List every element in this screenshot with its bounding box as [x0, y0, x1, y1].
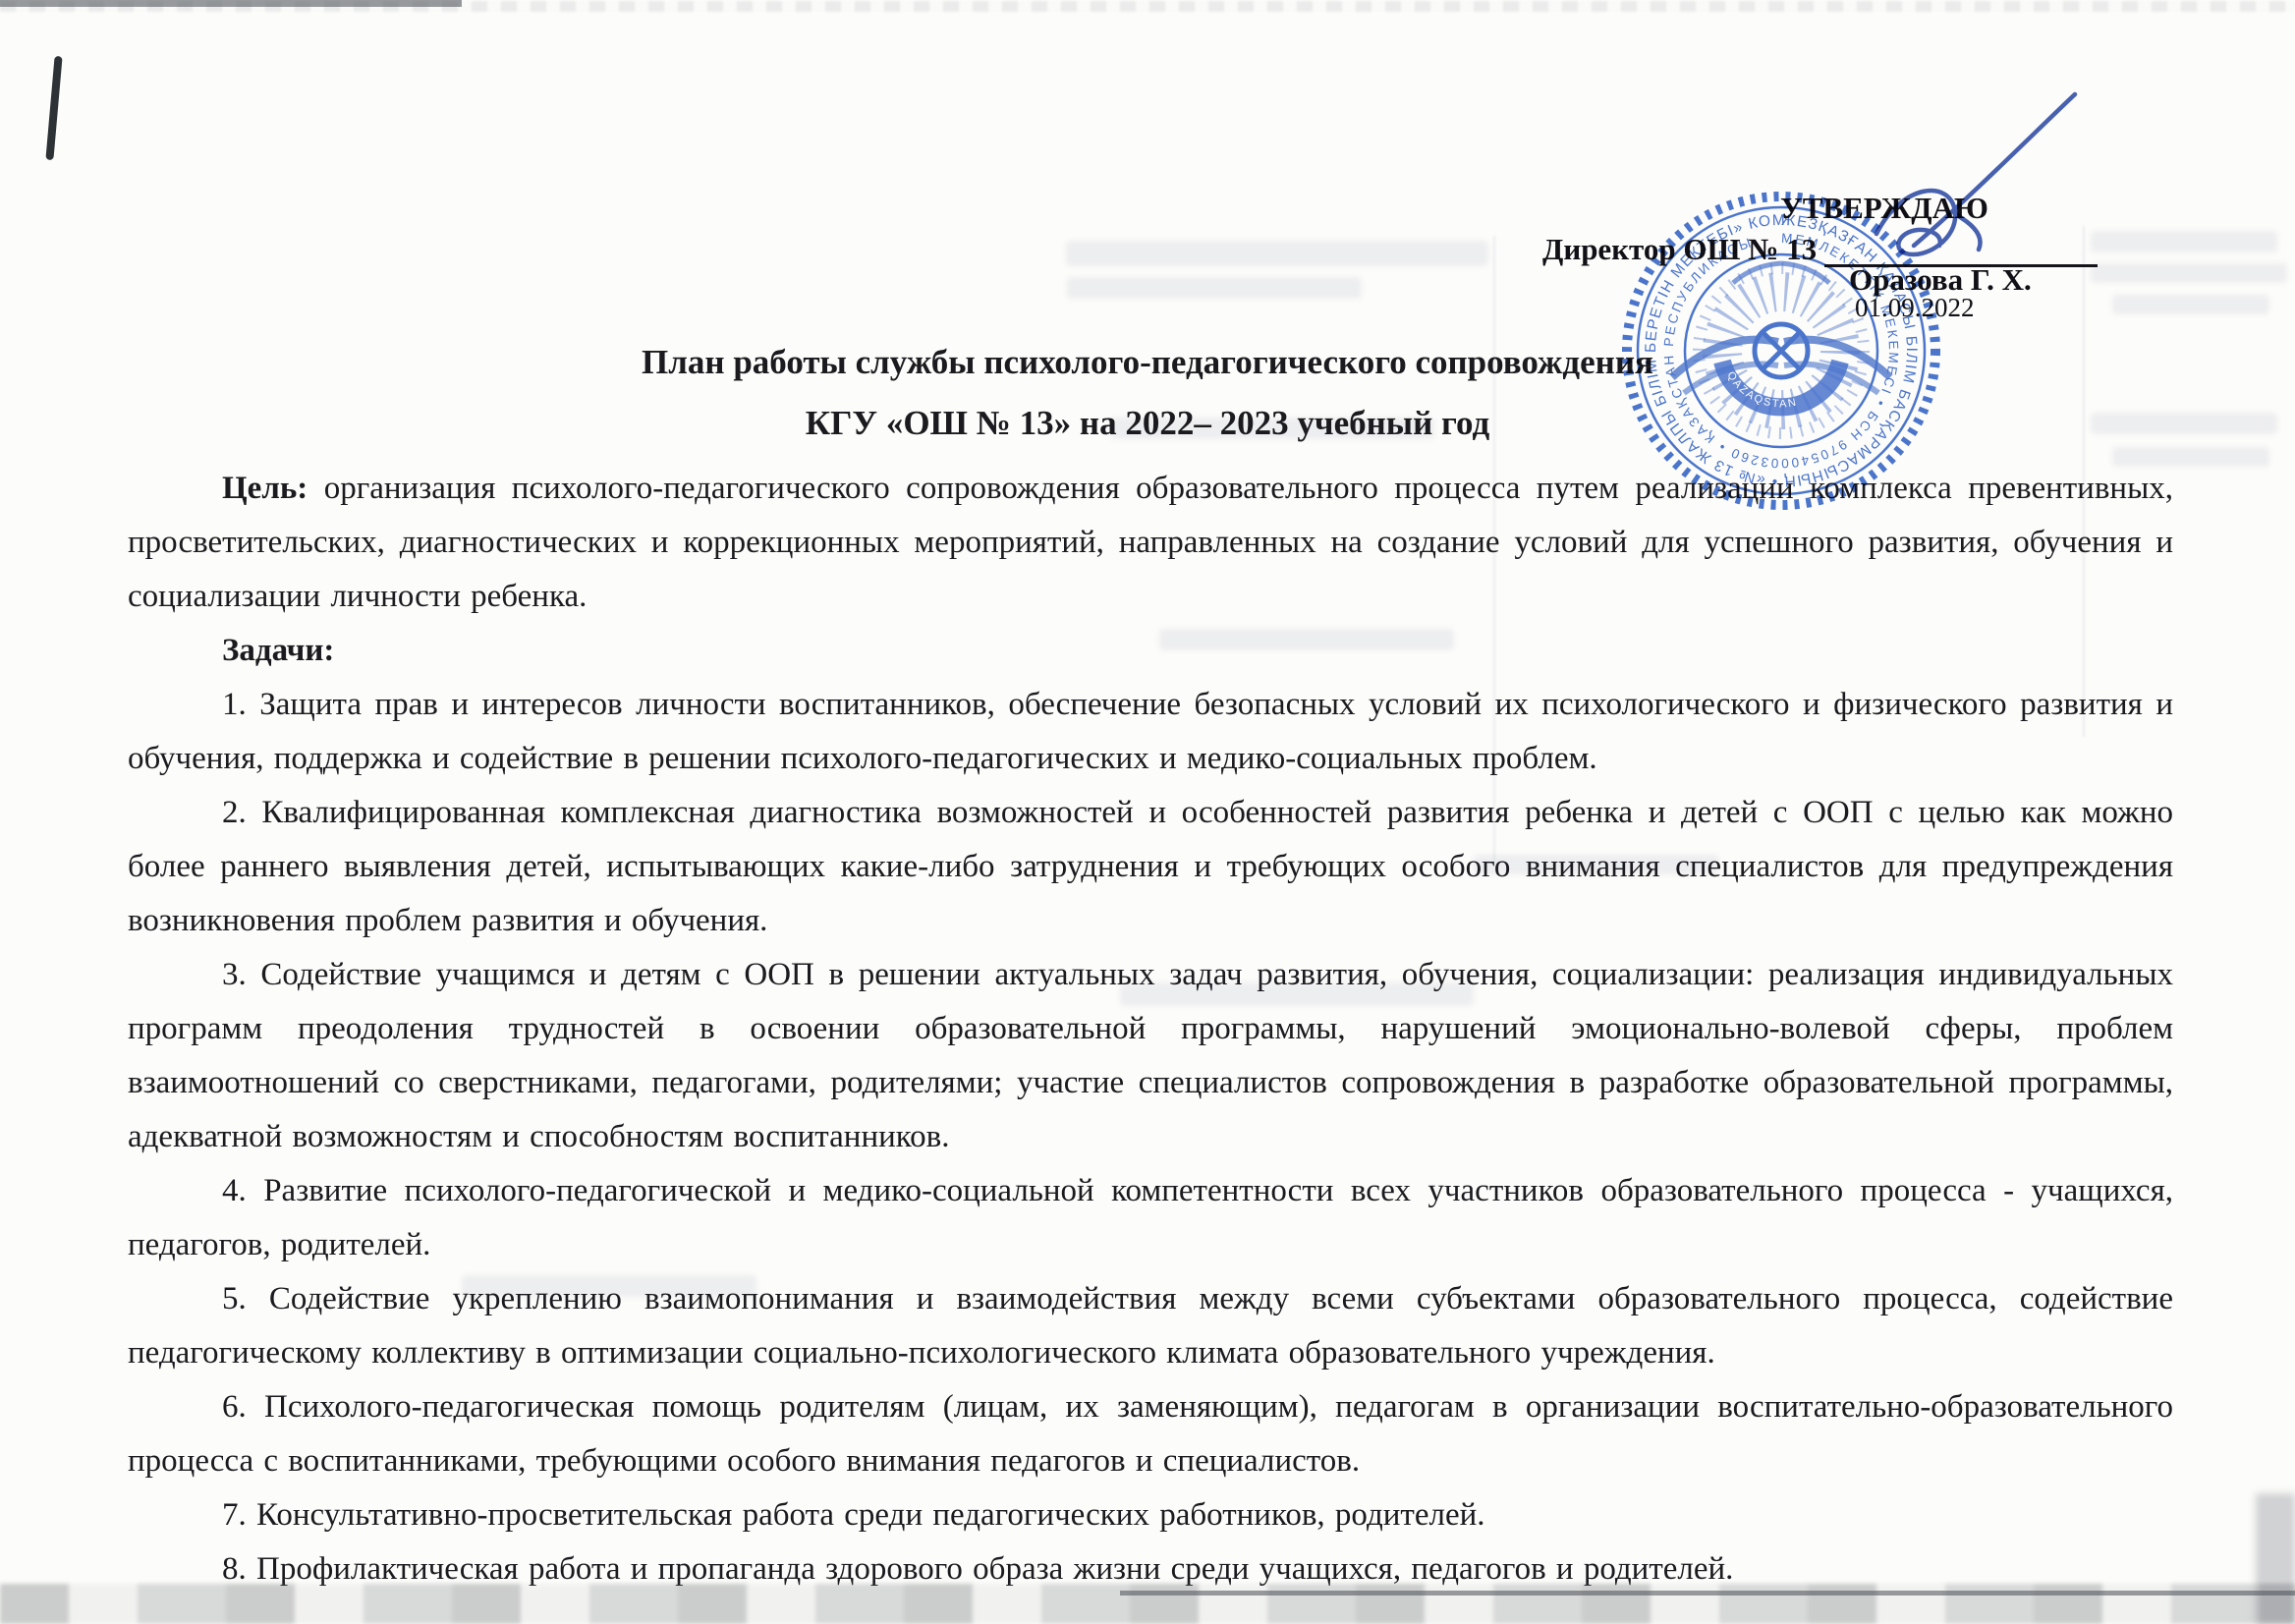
scanned-document-page: УТВЕРЖДАЮ Директор ОШ № 13 Оразова Г. Х.… — [0, 0, 2295, 1624]
scan-edge-artifact — [2256, 1493, 2295, 1624]
task-paragraph: 5. Содействие укреплению взаимопонимания… — [128, 1272, 2173, 1380]
document-title-line1: План работы службы психолого-педагогичес… — [0, 332, 2295, 393]
task-paragraph: 1. Защита прав и интересов личности восп… — [128, 678, 2173, 786]
document-body: Цель: организация психолого-педагогическ… — [128, 462, 2173, 1596]
scan-edge-artifact — [0, 1, 2295, 12]
goal-label: Цель: — [222, 471, 308, 506]
signature-stroke — [1914, 94, 2075, 246]
task-paragraph: 7. Консультативно-просветительская работ… — [128, 1488, 2173, 1542]
document-title-line2: КГУ «ОШ № 13» на 2022– 2023 учебный год — [0, 393, 2295, 454]
task-paragraph: 3. Содействие учащимся и детям с ООП в р… — [128, 948, 2173, 1164]
director-signature — [1808, 77, 2122, 273]
task-paragraph: 2. Квалифицированная комплексная диагнос… — [128, 786, 2173, 948]
bleed-through-artifact — [1067, 277, 1362, 299]
pen-stroke-artifact — [45, 56, 62, 160]
signature-stroke — [1955, 214, 1981, 250]
task-paragraph: 4. Развитие психолого-педагогической и м… — [128, 1164, 2173, 1272]
document-title: План работы службы психолого-педагогичес… — [0, 332, 2295, 454]
bleed-through-artifact — [1066, 241, 1488, 266]
task-paragraph: 6. Психолого-педагогическая помощь родит… — [128, 1380, 2173, 1488]
scan-edge-artifact — [1120, 1591, 2295, 1596]
tasks-heading: Задачи: — [128, 624, 2173, 678]
bleed-through-artifact — [2112, 295, 2269, 314]
